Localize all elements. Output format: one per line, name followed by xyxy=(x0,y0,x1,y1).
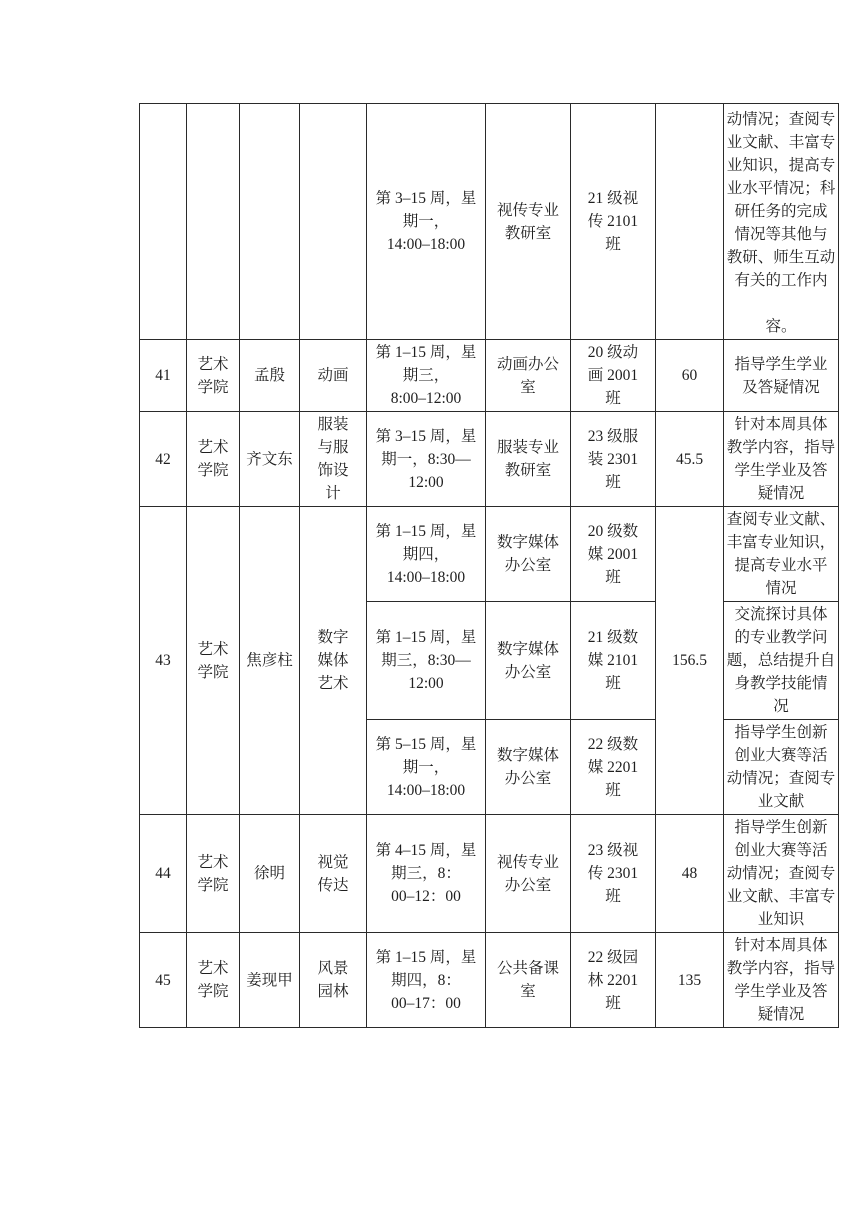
cell-content: 查阅专业文献、 丰富专业知识， 提高专业水平 情况 xyxy=(724,507,839,602)
cell-teacher: 徐明 xyxy=(240,815,300,933)
table-row-41: 41 艺术 学院 孟殷 动画 第 1–15 周，星 期三， 8:00–12:00… xyxy=(140,340,839,412)
cell-teacher: 焦彦柱 xyxy=(240,507,300,815)
cell-place: 服装专业 教研室 xyxy=(486,412,571,507)
cell-teacher xyxy=(240,104,300,340)
cell-class: 21 级数 媒 2101 班 xyxy=(571,602,656,720)
cell-college: 艺术 学院 xyxy=(187,507,240,815)
cell-no: 42 xyxy=(140,412,187,507)
cell-place: 视传专业 教研室 xyxy=(486,104,571,340)
cell-content: 动情况；查阅专 业文献、丰富专 业知识，提高专 业水平情况；科 研任务的完成 情… xyxy=(724,104,839,340)
cell-college: 艺术 学院 xyxy=(187,933,240,1028)
cell-time: 第 1–15 周，星 期三，8:30— 12:00 xyxy=(367,602,486,720)
cell-time: 第 1–15 周，星 期四，8： 00–17：00 xyxy=(367,933,486,1028)
cell-no xyxy=(140,104,187,340)
cell-major: 服装 与服 饰设 计 xyxy=(300,412,367,507)
cell-hours: 45.5 xyxy=(656,412,724,507)
cell-content: 指导学生创新 创业大赛等活 动情况；查阅专 业文献 xyxy=(724,720,839,815)
cell-major xyxy=(300,104,367,340)
cell-time: 第 1–15 周，星 期三， 8:00–12:00 xyxy=(367,340,486,412)
cell-place: 动画办公 室 xyxy=(486,340,571,412)
cell-class: 20 级动 画 2001 班 xyxy=(571,340,656,412)
cell-class: 22 级园 林 2201 班 xyxy=(571,933,656,1028)
cell-teacher: 齐文东 xyxy=(240,412,300,507)
cell-content: 交流探讨具体 的专业教学问 题，总结提升自 身教学技能情 况 xyxy=(724,602,839,720)
cell-content: 针对本周具体 教学内容，指导 学生学业及答 疑情况 xyxy=(724,933,839,1028)
cell-major: 动画 xyxy=(300,340,367,412)
cell-no: 45 xyxy=(140,933,187,1028)
worklog-table: 第 3–15 周，星 期一， 14:00–18:00 视传专业 教研室 21 级… xyxy=(139,103,839,1028)
table-row-43-session-1: 43 艺术 学院 焦彦柱 数字 媒体 艺术 第 1–15 周，星 期四， 14:… xyxy=(140,507,839,602)
table-row-42: 42 艺术 学院 齐文东 服装 与服 饰设 计 第 3–15 周，星 期一，8:… xyxy=(140,412,839,507)
table-row-45: 45 艺术 学院 姜现甲 风景 园林 第 1–15 周，星 期四，8： 00–1… xyxy=(140,933,839,1028)
table-row-44: 44 艺术 学院 徐明 视觉 传达 第 4–15 周，星 期三，8： 00–12… xyxy=(140,815,839,933)
table-row-continuation: 第 3–15 周，星 期一， 14:00–18:00 视传专业 教研室 21 级… xyxy=(140,104,839,340)
cell-time: 第 1–15 周，星 期四， 14:00–18:00 xyxy=(367,507,486,602)
cell-no: 43 xyxy=(140,507,187,815)
cell-no: 44 xyxy=(140,815,187,933)
cell-place: 数字媒体 办公室 xyxy=(486,720,571,815)
cell-place: 数字媒体 办公室 xyxy=(486,507,571,602)
cell-time: 第 5–15 周，星 期一， 14:00–18:00 xyxy=(367,720,486,815)
cell-time: 第 4–15 周，星 期三，8： 00–12：00 xyxy=(367,815,486,933)
cell-no: 41 xyxy=(140,340,187,412)
cell-time: 第 3–15 周，星 期一， 14:00–18:00 xyxy=(367,104,486,340)
cell-major: 视觉 传达 xyxy=(300,815,367,933)
cell-major: 数字 媒体 艺术 xyxy=(300,507,367,815)
cell-hours: 156.5 xyxy=(656,507,724,815)
cell-college xyxy=(187,104,240,340)
cell-class: 23 级视 传 2301 班 xyxy=(571,815,656,933)
cell-hours: 60 xyxy=(656,340,724,412)
cell-class: 22 级数 媒 2201 班 xyxy=(571,720,656,815)
cell-content: 指导学生学业 及答疑情况 xyxy=(724,340,839,412)
cell-college: 艺术 学院 xyxy=(187,412,240,507)
cell-hours: 135 xyxy=(656,933,724,1028)
cell-place: 视传专业 办公室 xyxy=(486,815,571,933)
cell-hours: 48 xyxy=(656,815,724,933)
cell-teacher: 姜现甲 xyxy=(240,933,300,1028)
cell-place: 公共备课 室 xyxy=(486,933,571,1028)
cell-teacher: 孟殷 xyxy=(240,340,300,412)
cell-college: 艺术 学院 xyxy=(187,340,240,412)
cell-time: 第 3–15 周，星 期一，8:30— 12:00 xyxy=(367,412,486,507)
cell-major: 风景 园林 xyxy=(300,933,367,1028)
cell-college: 艺术 学院 xyxy=(187,815,240,933)
cell-class: 20 级数 媒 2001 班 xyxy=(571,507,656,602)
cell-content: 针对本周具体 教学内容，指导 学生学业及答 疑情况 xyxy=(724,412,839,507)
cell-content: 指导学生创新 创业大赛等活 动情况；查阅专 业文献、丰富专 业知识 xyxy=(724,815,839,933)
cell-place: 数字媒体 办公室 xyxy=(486,602,571,720)
cell-class: 23 级服 装 2301 班 xyxy=(571,412,656,507)
cell-class: 21 级视 传 2101 班 xyxy=(571,104,656,340)
cell-hours xyxy=(656,104,724,340)
